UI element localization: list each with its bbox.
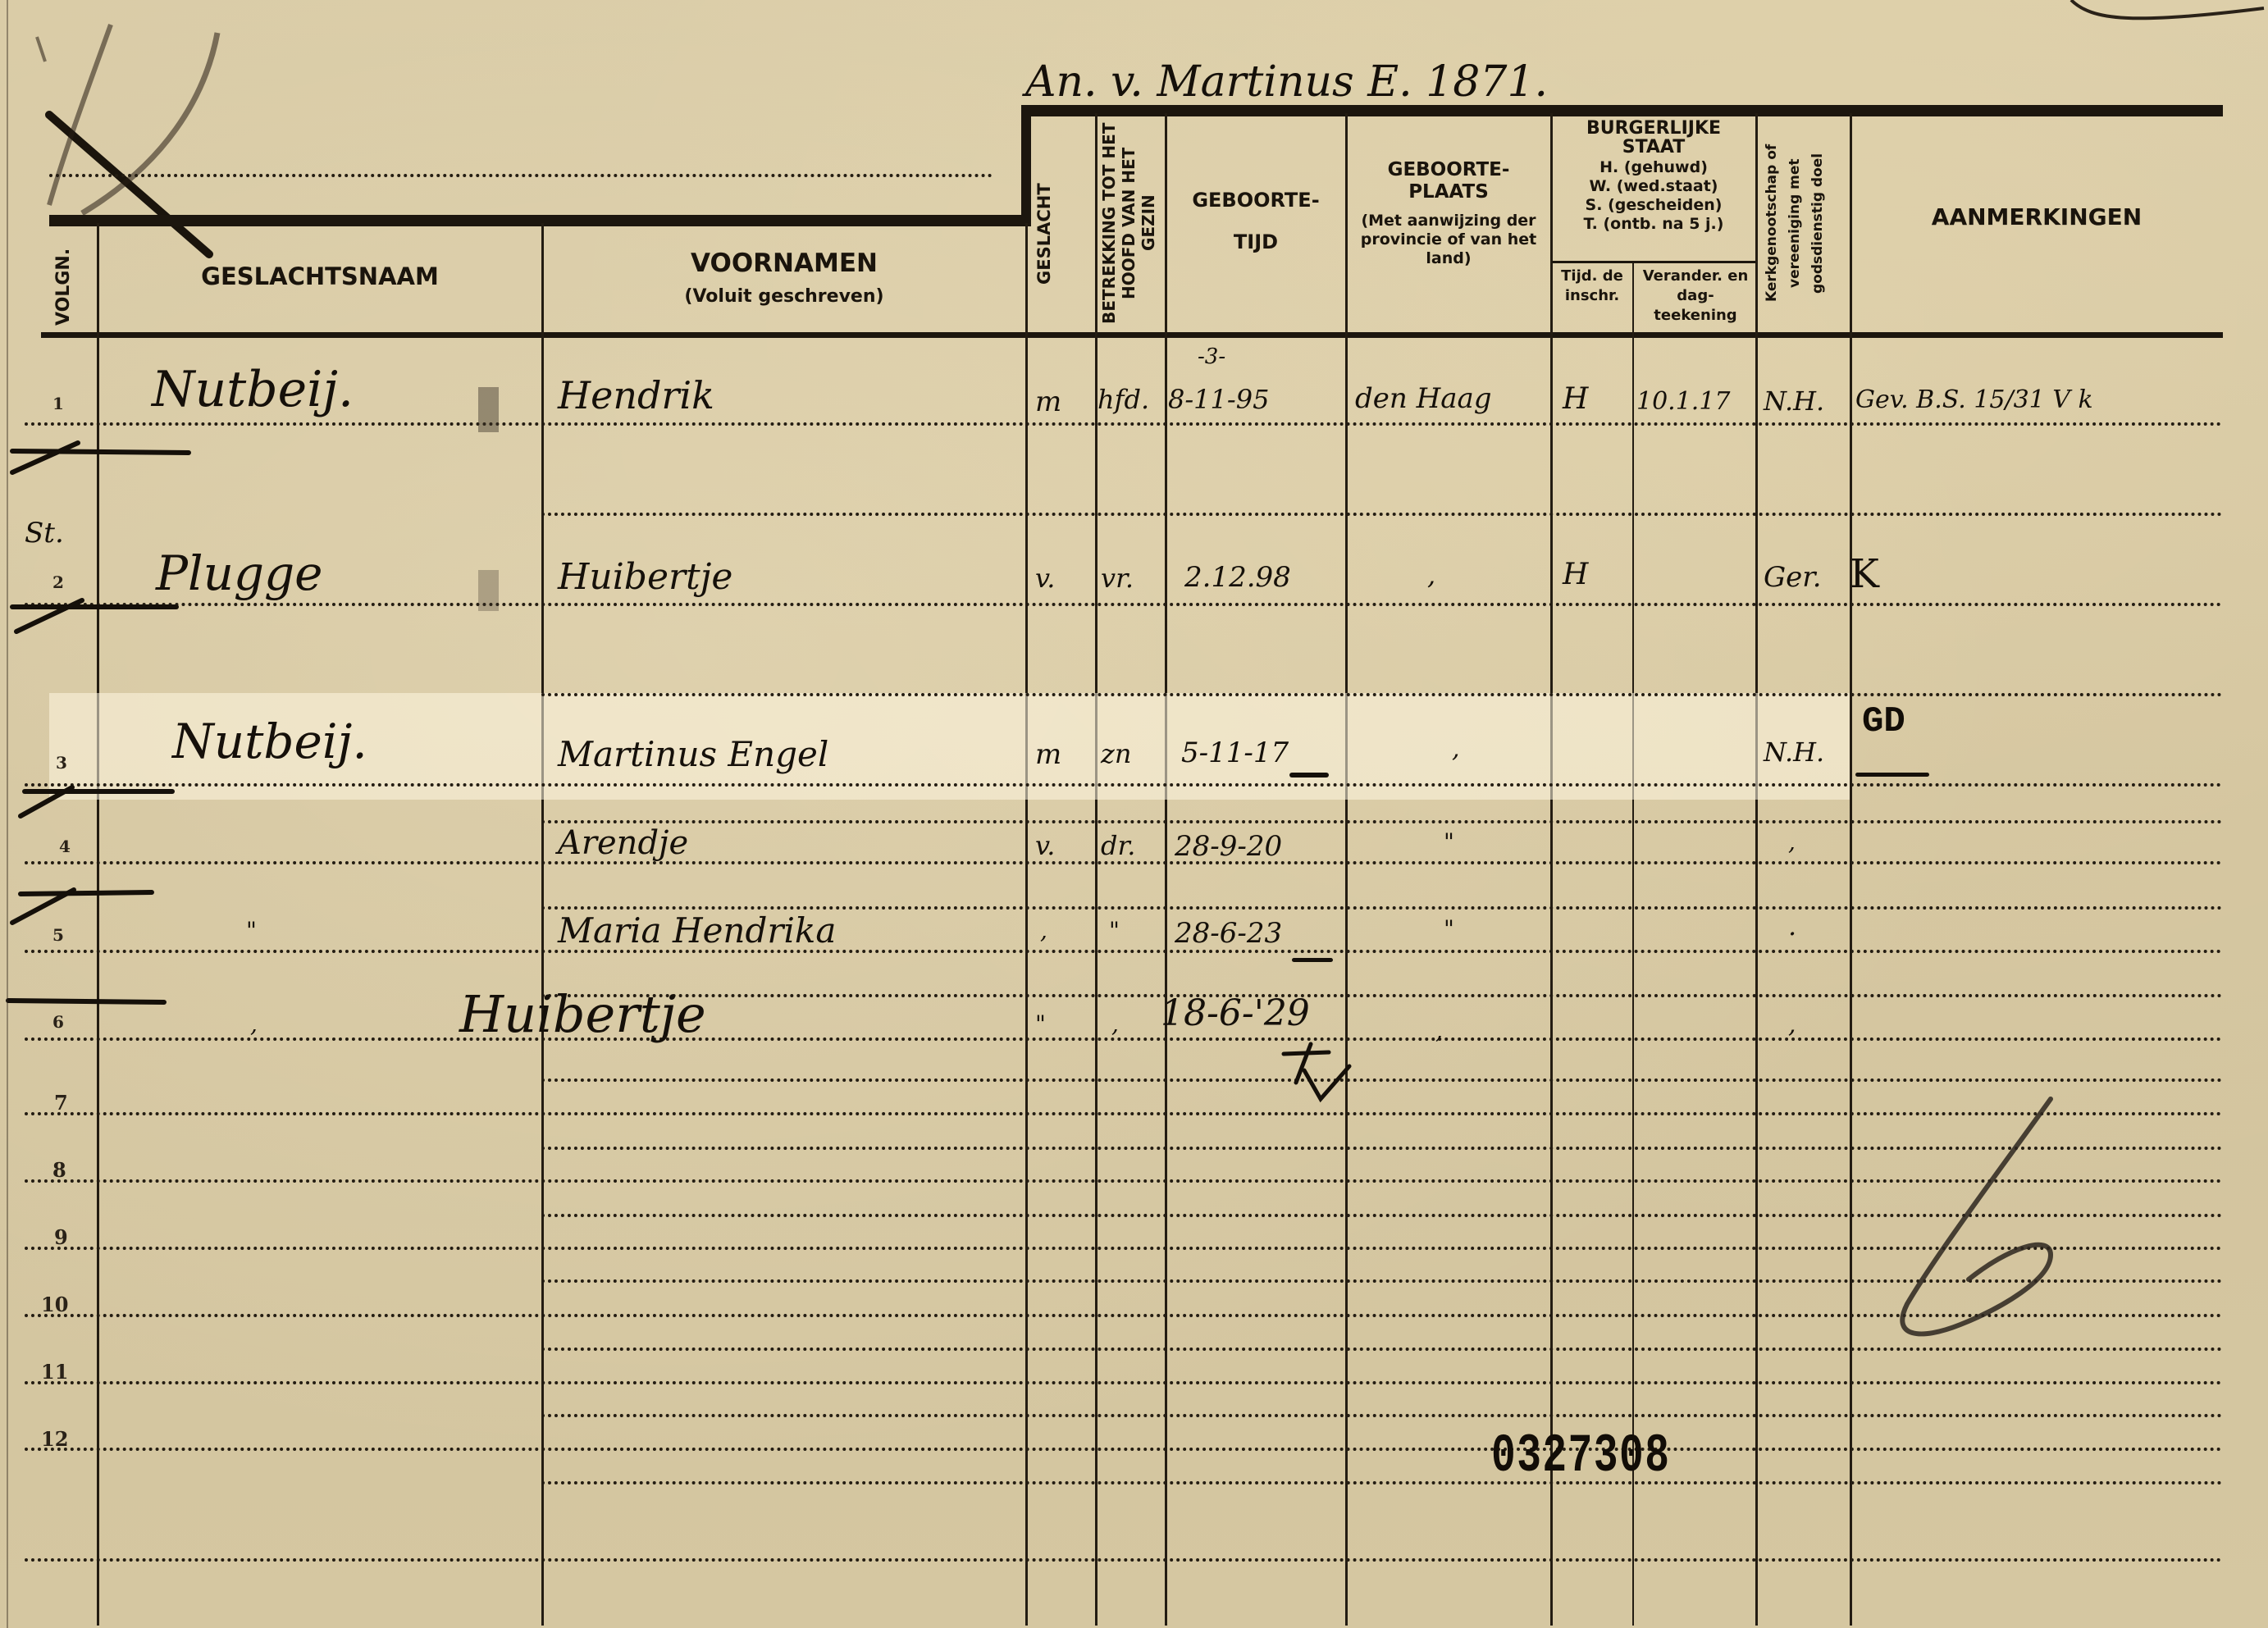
row1-geboorteplaats: den Haag [1355, 382, 1492, 415]
col-line [1850, 113, 1852, 1626]
date-strike [1289, 773, 1329, 778]
header-geboortetijd-1: GEBOORTE- [1166, 190, 1345, 211]
row3-geslacht: m [1035, 738, 1061, 771]
row-line [25, 1558, 2223, 1562]
row-line [25, 1381, 2223, 1384]
header-tijd-inschr: Tijd. de inschr. [1554, 267, 1631, 306]
row2-geslacht: v. [1035, 563, 1055, 594]
half-row-line [541, 693, 2223, 696]
row1-aanmerkingen: Gev. B.S. 15/31 V k [1855, 385, 2093, 414]
smudge [478, 387, 499, 432]
pencil-six-mark [1887, 1091, 2100, 1353]
half-row-line [541, 1481, 2223, 1484]
row1-geslacht: m [1035, 385, 1061, 418]
registration-card: An. v. Martinus E. 1871. VOLGN. GESLACHT… [0, 0, 2268, 1628]
row1-betrekking: hfd. [1097, 384, 1149, 415]
row1-voornamen: Hendrik [558, 373, 714, 417]
row5-geboortetijd: 28-6-23 [1175, 917, 1282, 950]
col-line [1755, 113, 1758, 1626]
row-line [25, 783, 2223, 787]
row-line [25, 422, 2223, 426]
header-burgerlijke-1: BURGERLIJKE [1552, 119, 1755, 138]
header-geboorteplaats-1: GEBOORTE- [1347, 160, 1550, 180]
date-check-mark [1280, 1037, 1353, 1107]
row6-geboorteplaats: , [1435, 1017, 1443, 1044]
row5-geboorteplaats: " [1444, 915, 1454, 942]
row2-geslachtsnaam: Plugge [156, 545, 323, 601]
row4-geboortetijd: 28-9-20 [1175, 830, 1282, 863]
row-line [25, 603, 2223, 606]
header-voornamen-sub: (Voluit geschreven) [543, 287, 1025, 306]
col-line [1550, 113, 1553, 1626]
row1-geboortetijd-note: -3- [1198, 344, 1225, 369]
row-number: 10 [41, 1293, 68, 1316]
col-line [1095, 113, 1097, 1626]
header-step [1021, 105, 1031, 226]
header-verander: Verander. en dag-teekening [1636, 267, 1755, 326]
row1-verander: 10.1.17 [1636, 387, 1731, 416]
row2-geboortetijd: 2.12.98 [1184, 561, 1291, 594]
row5-kerk: . [1788, 910, 1796, 942]
col-line [1345, 113, 1348, 1626]
row4-geboorteplaats: " [1444, 828, 1454, 855]
header-geboorteplaats-sub: (Met aanwijzing der provincie of van het… [1353, 212, 1544, 268]
row6-voornamen: Huibertje [459, 984, 706, 1044]
header-line-right [1021, 105, 2223, 116]
smudge [478, 570, 499, 611]
row2-burgerlijke-staat: H [1563, 558, 1588, 591]
row3-betrekking: zn [1101, 738, 1131, 769]
row2-prefix: St. [25, 517, 64, 550]
half-row-line [541, 994, 2223, 997]
row-number: 7 [54, 1091, 68, 1115]
left-edge [7, 0, 8, 1628]
row3-geslachtsnaam: Nutbeij. [172, 714, 367, 769]
header-burgerlijke-h: H. (gehuwd) [1552, 160, 1755, 176]
row1-burgerlijke-staat: H [1563, 382, 1588, 416]
col-line [1632, 261, 1634, 1626]
top-annotation: An. v. Martinus E. 1871. [1025, 57, 1548, 107]
row6-kerk: , [1788, 1010, 1796, 1039]
header-geboorteplaats-2: PLAATS [1347, 182, 1550, 202]
row-line [25, 1037, 2223, 1041]
row3-geboorteplaats: , [1452, 735, 1460, 764]
header-bottom-line [41, 332, 2223, 338]
row4-kerk: , [1788, 828, 1796, 855]
row6-geslachtsnaam: , [250, 1010, 258, 1037]
header-betrekking: BETREKKING TOT HET HOOFD VAN HET GEZIN [1099, 116, 1161, 330]
header-kerkgenootschap: Kerkgenootschap of vereeniging met godsd… [1760, 116, 1846, 330]
header-geboortetijd-2: TIJD [1166, 232, 1345, 253]
row2-aanmerkingen: K [1850, 551, 1879, 597]
row2-kerk: Ger. [1764, 561, 1822, 594]
header-burgerlijke-w: W. (wed.staat) [1552, 179, 1755, 195]
col-line [1165, 113, 1167, 1626]
row5-voornamen: Maria Hendrika [558, 910, 836, 951]
row-number: 8 [52, 1158, 66, 1182]
row2-geboorteplaats: , [1427, 559, 1435, 591]
header-aanmerkingen: AANMERKINGEN [1852, 205, 2221, 229]
serial-number: 0327308 [1491, 1425, 1670, 1487]
row5-geslacht: , [1040, 917, 1047, 944]
row4-betrekking: dr. [1101, 830, 1135, 861]
header-burgerlijke-t: T. (ontb. na 5 j.) [1552, 217, 1755, 233]
row1-geslachtsnaam: Nutbeij. [152, 361, 354, 418]
row4-voornamen: Arendje [558, 824, 688, 862]
header-line-left [49, 215, 1025, 226]
half-row-line [541, 820, 2223, 823]
row4-geslacht: v. [1035, 830, 1055, 861]
row-line [25, 1448, 2223, 1451]
row5-geslachtsnaam: " [246, 917, 257, 944]
row-number: 11 [41, 1360, 68, 1384]
row3-kerk: N.H. [1764, 736, 1824, 768]
header-geslachtsnaam: GESLACHTSNAAM [98, 264, 541, 289]
row3-geboortetijd: 5-11-17 [1181, 736, 1289, 769]
header-volg: VOLGN. [54, 246, 87, 328]
row-line [25, 861, 2223, 864]
half-row-line [541, 513, 2223, 516]
row2-voornamen: Huibertje [558, 556, 732, 598]
row1-geboortetijd: 8-11-95 [1168, 384, 1269, 415]
header-burgerlijke-s: S. (gescheiden) [1552, 198, 1755, 214]
row-line [25, 950, 2223, 953]
burgerlijke-divider [1552, 261, 1755, 263]
row5-betrekking: " [1109, 917, 1120, 944]
header-geslacht: GESLACHT [1035, 144, 1084, 324]
half-row-line [541, 1078, 2223, 1082]
row1-kerk: N.H. [1764, 385, 1824, 417]
row2-betrekking: vr. [1101, 563, 1134, 594]
header-voornamen: VOORNAMEN [543, 250, 1025, 277]
row3-voornamen: Martinus Engel [558, 734, 828, 774]
stamp-underline [1855, 773, 1929, 777]
header-dotted-line [49, 174, 993, 177]
date-strike [1292, 958, 1333, 962]
half-row-line [541, 1414, 2223, 1417]
header-burgerlijke-2: STAAT [1552, 138, 1755, 157]
row3-gd-stamp: GD [1862, 701, 1905, 742]
row-number: 12 [41, 1427, 68, 1451]
row6-geslacht: " [1035, 1010, 1046, 1037]
row-number: 9 [54, 1225, 68, 1249]
half-row-line [541, 906, 2223, 910]
row6-betrekking: , [1111, 1010, 1119, 1037]
row6-geboortetijd: 18-6-'29 [1161, 992, 1310, 1034]
edge-mark [2067, 0, 2268, 33]
